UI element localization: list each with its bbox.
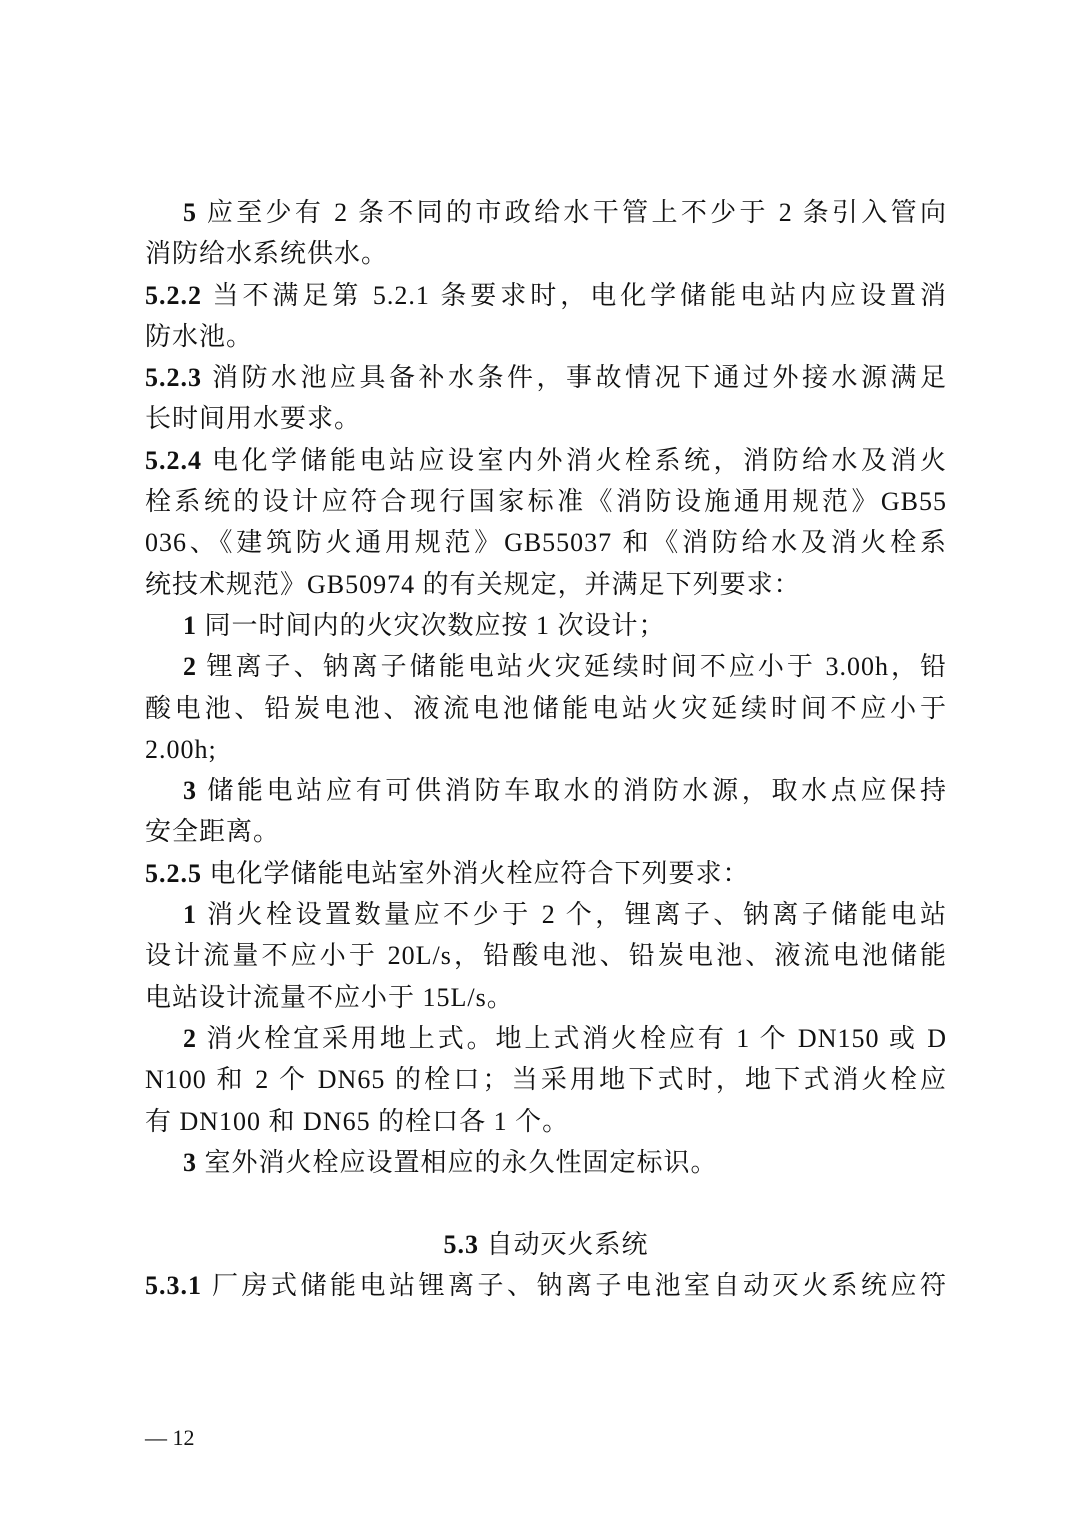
text-line: 防水池。: [145, 316, 947, 357]
text-line: 消防给水系统供水。: [145, 233, 947, 274]
clause-5-2-1-item-5: 5 应至少有 2 条不同的市政给水干管上不少于 2 条引入管向: [145, 192, 947, 233]
page-number: — 12: [145, 1425, 195, 1451]
text-line: 酸电池、铅炭电池、液流电池储能电站火灾延续时间不应小于: [145, 688, 947, 729]
clause-5-2-4-item-2: 2 锂离子、钠离子储能电站火灾延续时间不应小于 3.00h，铅: [145, 646, 947, 687]
clause-5-2-5-item-3: 3 室外消火栓应设置相应的永久性固定标识。: [145, 1142, 947, 1183]
section-heading-5-3: 5.3 自动灭火系统: [145, 1224, 947, 1265]
clause-5-2-4-item-3: 3 储能电站应有可供消防车取水的消防水源，取水点应保持: [145, 770, 947, 811]
text-line: 有 DN100 和 DN65 的栓口各 1 个。: [145, 1101, 947, 1142]
text-line: 统技术规范》GB50974 的有关规定，并满足下列要求：: [145, 564, 947, 605]
text-line: N100 和 2 个 DN65 的栓口；当采用地下式时，地下式消火栓应: [145, 1059, 947, 1100]
spacer: [145, 1183, 947, 1224]
text-line: 长时间用水要求。: [145, 398, 947, 439]
text-line: 栓系统的设计应符合现行国家标准《消防设施通用规范》GB55: [145, 481, 947, 522]
clause-5-2-2: 5.2.2 当不满足第 5.2.1 条要求时，电化学储能电站内应设置消: [145, 275, 947, 316]
clause-5-2-5-item-2: 2 消火栓宜采用地上式。地上式消火栓应有 1 个 DN150 或 D: [145, 1018, 947, 1059]
clause-5-2-4-item-1: 1 同一时间内的火灾次数应按 1 次设计；: [145, 605, 947, 646]
document-page: 5 应至少有 2 条不同的市政给水干管上不少于 2 条引入管向 消防给水系统供水…: [145, 192, 947, 1307]
clause-5-2-5: 5.2.5 电化学储能电站室外消火栓应符合下列要求：: [145, 853, 947, 894]
text-line: 电站设计流量不应小于 15L/s。: [145, 977, 947, 1018]
clause-5-3-1: 5.3.1 厂房式储能电站锂离子、钠离子电池室自动灭火系统应符: [145, 1265, 947, 1306]
clause-5-2-5-item-1: 1 消火栓设置数量应不少于 2 个，锂离子、钠离子储能电站: [145, 894, 947, 935]
clause-5-2-3: 5.2.3 消防水池应具备补水条件，事故情况下通过外接水源满足: [145, 357, 947, 398]
clause-5-2-4: 5.2.4 电化学储能电站应设室内外消火栓系统，消防给水及消火: [145, 440, 947, 481]
text-line: 2.00h;: [145, 729, 947, 770]
text-line: 设计流量不应小于 20L/s，铅酸电池、铅炭电池、液流电池储能: [145, 935, 947, 976]
text-line: 安全距离。: [145, 811, 947, 852]
text-line: 036、《建筑防火通用规范》GB55037 和《消防给水及消火栓系: [145, 522, 947, 563]
